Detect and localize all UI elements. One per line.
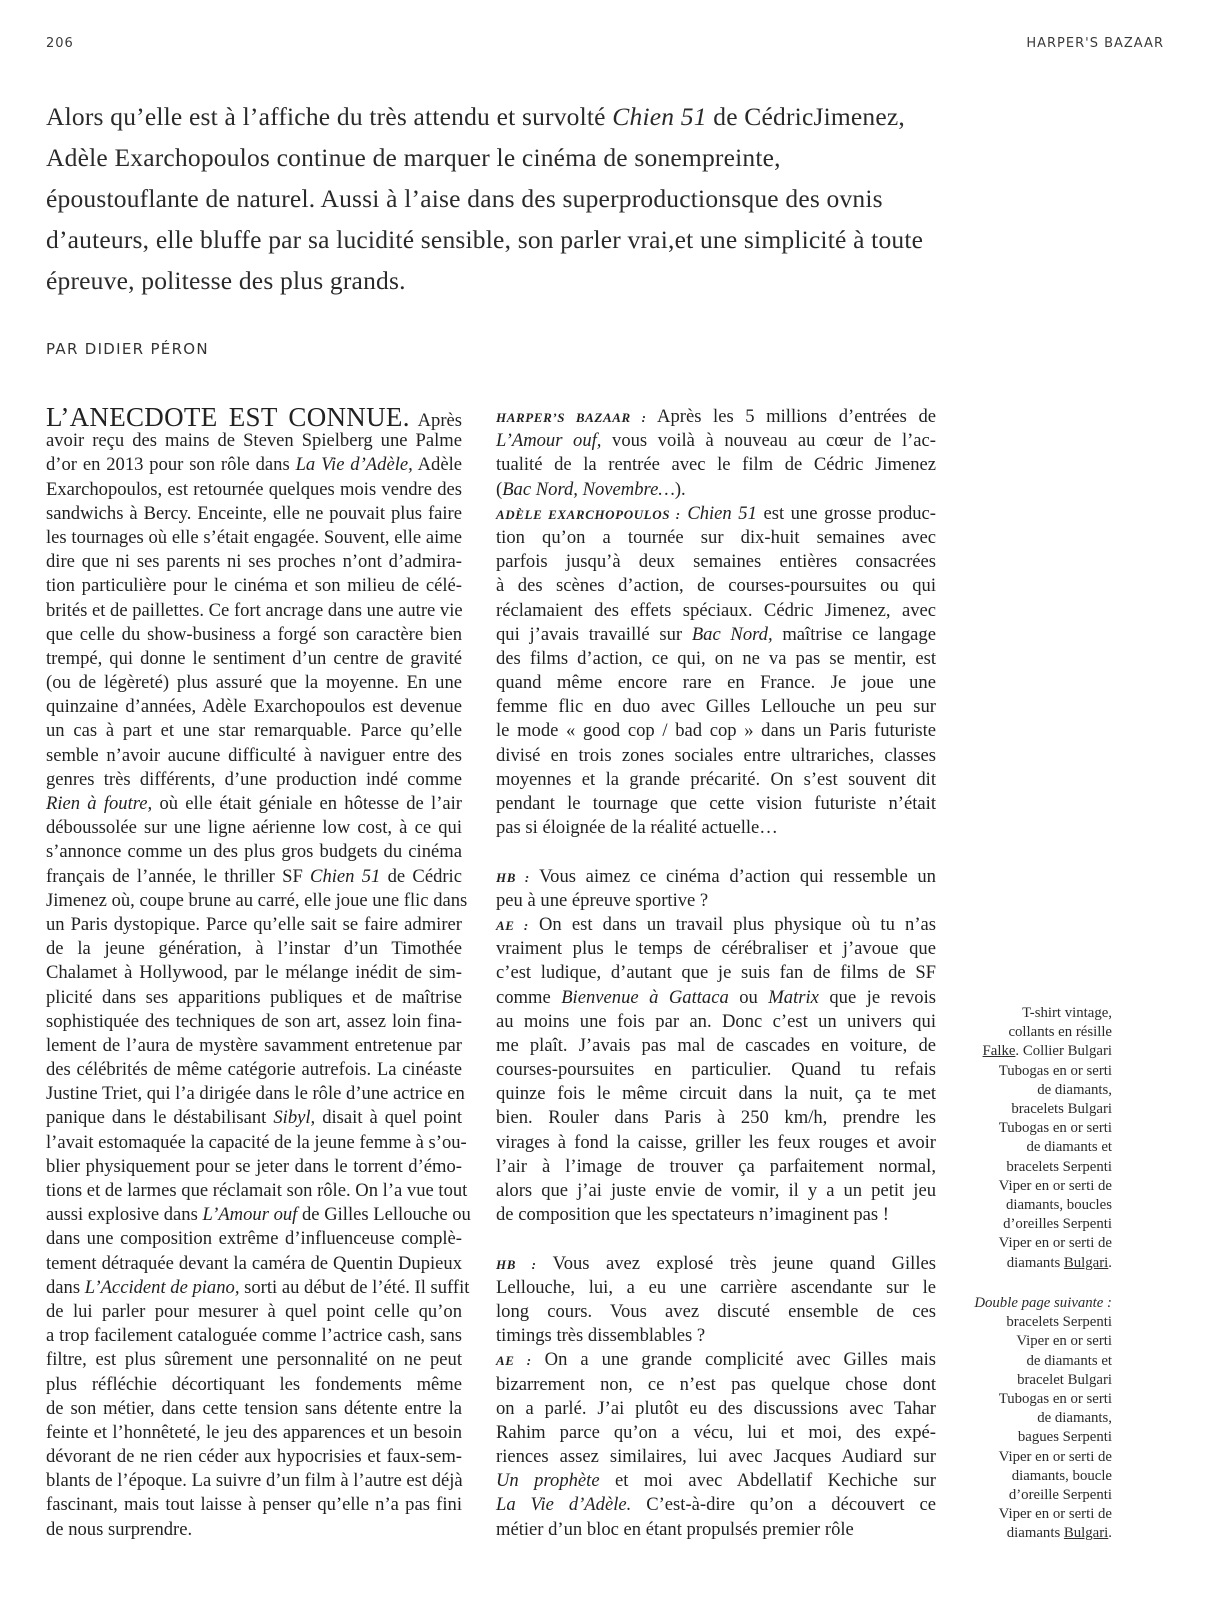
text-line: pendant le tournage que cette vision fut… (496, 792, 936, 816)
text-line: peu à une épreuve sportive ? (496, 889, 936, 913)
italic-title: L’Amour ouf (202, 1204, 297, 1225)
text-line: des célébrités de même catégorie autrefo… (46, 1058, 462, 1082)
text-line: Viper en or serti (960, 1332, 1112, 1351)
text-line: dire que ni ses parents ni ses proches n… (46, 550, 462, 574)
speaker-label: AE : (496, 1353, 532, 1368)
text-line: AE : On est dans un travail plus physiqu… (496, 913, 936, 937)
text-line: virages à fond la caisse, griller les fe… (496, 1131, 936, 1155)
text-line: plicité dans ses apparitions publiques e… (46, 986, 462, 1010)
text-line: Harper’s Bazaar : Après les 5 millions d… (496, 405, 936, 429)
text-line: de lui parler pour mesurer à quel point … (46, 1300, 462, 1324)
text-line: c’est ludique, d’autant que je suis fan … (496, 961, 936, 985)
text-line: dévorant de ne rien céder aux hypocrisie… (46, 1445, 462, 1469)
text-line: Viper en or serti de (960, 1448, 1112, 1467)
text-line: Un prophète et moi avec Abdellatif Kechi… (496, 1469, 936, 1493)
italic-title: Chien 51 (687, 503, 757, 524)
text-line: divisé en trois zones sociales entre ult… (496, 744, 936, 768)
italic-title: La Vie d’Adèle. (496, 1494, 631, 1515)
text-line: métier d’un bloc en étant propulsés prem… (496, 1518, 936, 1542)
text-line: de diamants, (960, 1081, 1112, 1100)
italic-title: Bac Nord, (692, 624, 773, 645)
text-line: Rien à foutre, où elle était géniale en … (46, 792, 462, 816)
italic-title: Chien 51 (310, 866, 380, 887)
text-line: Justine Triet, qui l’a dirigée dans le r… (46, 1082, 462, 1106)
speaker-label: Harper’s Bazaar : (496, 410, 647, 425)
text-line: diamants Bulgari. (960, 1254, 1112, 1273)
text-line: Tubogas en or serti (960, 1390, 1112, 1409)
text-line: diamants Bulgari. (960, 1524, 1112, 1543)
lead-in-caps: L’ANECDOTE EST CONNUE. (46, 402, 410, 432)
text-line: Lellouche, lui, a eu une carrière ascend… (496, 1276, 936, 1300)
text-line: de son métier, dans cette tension sans d… (46, 1397, 462, 1421)
speaker-label: Adèle Exarchopoulos : (496, 507, 681, 522)
text-line: HB : Vous aimez ce cinéma d’action qui r… (496, 865, 936, 889)
byline: PAR DIDIER PÉRON (46, 340, 209, 358)
text-line: courses-poursuites en particulier. Quand… (496, 1058, 936, 1082)
text-line: femme flic en duo avec Gilles Lellouche … (496, 695, 936, 719)
text-line: Jimenez où, coupe brune au carré, elle j… (46, 889, 462, 913)
text-line: L’Amour ouf, vous voilà à nouveau au cœu… (496, 429, 936, 453)
text-line: L’ANECDOTE EST CONNUE. Après (46, 405, 462, 429)
text-line: les tournages où elle s’était engagée. S… (46, 526, 462, 550)
text-line: fascinant, mais tout laisse à penser qu’… (46, 1493, 462, 1517)
text-line: HB : Vous avez explosé très jeune quand … (496, 1252, 936, 1276)
photo-caption-2: Double page suivante :bracelets Serpenti… (960, 1294, 1112, 1544)
text-line: aussi explosive dans L’Amour ouf de Gill… (46, 1203, 462, 1227)
speaker-label: AE : (496, 918, 529, 933)
text-line: tement détraquée devant la caméra de Que… (46, 1252, 462, 1276)
photo-caption-1: T-shirt vintage,collants en résilleFalke… (960, 1004, 1112, 1273)
text-line: feinte et l’honnêteté, le jeu des appare… (46, 1421, 462, 1445)
text-line: de composition que les spectateurs n’ima… (496, 1203, 936, 1227)
text-line: déboussolée sur une ligne aérienne low c… (46, 816, 462, 840)
text-line: d’oreilles Serpenti (960, 1215, 1112, 1234)
text-line: timings très dissemblables ? (496, 1324, 936, 1348)
text-line: bizarrement non, ce n’est pas quelque ch… (496, 1373, 936, 1397)
text-line: lement de l’aura de mystère savamment en… (46, 1034, 462, 1058)
text-line: comme Bienvenue à Gattaca ou Matrix que … (496, 986, 936, 1010)
brand-credit: Bulgari (1064, 1255, 1108, 1271)
text-line: bracelet Bulgari (960, 1371, 1112, 1390)
text-line: Tubogas en or serti (960, 1062, 1112, 1081)
text-line: tualité de la rentrée avec le film de Cé… (496, 453, 936, 477)
text-line: d’oreille Serpenti (960, 1486, 1112, 1505)
text-line: bracelets Bulgari (960, 1100, 1112, 1119)
text-line: Viper en or serti de (960, 1234, 1112, 1253)
text-line: bien. Rouler dans Paris à 250 km/h, pren… (496, 1106, 936, 1130)
italic-title: Sibyl, (273, 1107, 315, 1128)
text-line: au moins une fois par an. Donc c’est un … (496, 1010, 936, 1034)
text-line: (ou de légèreté) plus assuré que la moye… (46, 671, 462, 695)
paragraph-gap (496, 1227, 936, 1251)
text-line: riences assez similaires, lui avec Jacqu… (496, 1445, 936, 1469)
italic-title: L’Amour ouf, (496, 430, 601, 451)
text-line: La Vie d’Adèle. C’est-à-dire qu’on a déc… (496, 1493, 936, 1517)
text-line: l’avait estomaquée la capacité de la jeu… (46, 1131, 462, 1155)
paragraph-gap (496, 840, 936, 864)
interview-column-2: Harper’s Bazaar : Après les 5 millions d… (496, 405, 936, 1542)
text-line: tion qu’on a tournée sur dix-huit semain… (496, 526, 936, 550)
text-line: réclamaient des effets spéciaux. Cédric … (496, 599, 936, 623)
text-line: Alors qu’elle est à l’affiche du très at… (46, 102, 813, 131)
text-line: tions et de larmes que réclamait son rôl… (46, 1179, 462, 1203)
italic-title: Bac Nord, Novembre… (502, 479, 675, 500)
text-line: d’or en 2013 pour son rôle dans La Vie d… (46, 453, 462, 477)
text-line: Double page suivante : (960, 1294, 1112, 1313)
text-line: me plaît. J’avais pas mal de cascades en… (496, 1034, 936, 1058)
brand-credit: Bulgari (1064, 1525, 1108, 1541)
text-line: de nous surprendre. (46, 1518, 462, 1542)
italic-title: Matrix (768, 987, 819, 1008)
text-line: Tubogas en or serti (960, 1119, 1112, 1138)
text-line: des films d’action, ce qui, on ne va pas… (496, 647, 936, 671)
brand-credit: Falke (983, 1043, 1016, 1059)
text-line: parfois jusqu’à deux semaines entières c… (496, 550, 936, 574)
text-line: pas si éloignée de la réalité actuelle… (496, 816, 936, 840)
text-line: brités et de paillettes. Ce fort ancrage… (46, 599, 462, 623)
text-line: Falke. Collier Bulgari (960, 1042, 1112, 1061)
text-line: T-shirt vintage, (960, 1004, 1112, 1023)
text-line: semble n’avoir aucune difficulté à navig… (46, 744, 462, 768)
text-line: de la jeune génération, à l’instar d’un … (46, 937, 462, 961)
text-line: de diamants et (960, 1138, 1112, 1157)
standfirst: Alors qu’elle est à l’affiche du très at… (46, 96, 926, 301)
text-line: (Bac Nord, Novembre…). (496, 478, 936, 502)
text-line: vraiment plus le temps de cérébraliser e… (496, 937, 936, 961)
text-line: bracelets Serpenti (960, 1158, 1112, 1177)
text-line: blants de l’époque. La suivre d’un film … (46, 1469, 462, 1493)
text-line: de diamants et (960, 1352, 1112, 1371)
italic-title: Rien à foutre, (46, 793, 152, 814)
text-line: de diamants, (960, 1409, 1112, 1428)
text-line: quinze fois le même circuit dans la nuit… (496, 1082, 936, 1106)
text-line: l’air à l’image de trouver ça parfaiteme… (496, 1155, 936, 1179)
text-line: diamants, boucles (960, 1196, 1112, 1215)
text-line: s’annonce comme un des plus gros budgets… (46, 840, 462, 864)
text-line: bracelets Serpenti (960, 1313, 1112, 1332)
italic-title: Un prophète (496, 1470, 600, 1491)
speaker-label: HB : (496, 870, 530, 885)
text-line: à des scènes d’action, de courses-poursu… (496, 574, 936, 598)
text-line: filtre, est plus sûrement une personnali… (46, 1348, 462, 1372)
text-line: Rahim parce qu’on a vécu, lui et moi, de… (496, 1421, 936, 1445)
text-line: blier physiquement pour se jeter dans le… (46, 1155, 462, 1179)
text-line: dans L’Accident de piano, sorti au début… (46, 1276, 462, 1300)
text-line: le mode « good cop / bad cop » dans un P… (496, 719, 936, 743)
article-column-1: L’ANECDOTE EST CONNUE. Aprèsavoir reçu d… (46, 405, 462, 1542)
text-line: sandwichs à Bercy. Enceinte, elle ne pou… (46, 502, 462, 526)
text-line: un cas à part et une star remarquable. P… (46, 719, 462, 743)
text-line: quinzaine d’années, Adèle Exarchopoulos … (46, 695, 462, 719)
text-line: genres très différents, d’une production… (46, 768, 462, 792)
text-line: que celle du show-business a forgé son c… (46, 623, 462, 647)
text-line: collants en résille (960, 1023, 1112, 1042)
text-line: bagues Serpenti (960, 1428, 1112, 1447)
text-line: Exarchopoulos, est retournée quelques mo… (46, 478, 462, 502)
text-line: diamants, boucle (960, 1467, 1112, 1486)
text-line: dans une composition extrême d’influence… (46, 1227, 462, 1251)
speaker-label: HB : (496, 1257, 537, 1272)
text-line: AE : On a une grande complicité avec Gil… (496, 1348, 936, 1372)
italic-title: Chien 51 (612, 102, 706, 131)
text-line: alors que j’ai juste envie de vomir, il … (496, 1179, 936, 1203)
text-line: français de l’année, le thriller SF Chie… (46, 865, 462, 889)
text-line: qui j’avais travaillé sur Bac Nord, maît… (496, 623, 936, 647)
text-line: moyennes et la grande précarité. On s’es… (496, 768, 936, 792)
text-line: Chalamet à Hollywood, par le mélange iné… (46, 961, 462, 985)
text-line: Viper en or serti de (960, 1177, 1112, 1196)
text-line: plus réfléchie décortiquant les fondemen… (46, 1373, 462, 1397)
italic-title: L’Accident de piano, (85, 1277, 240, 1298)
text-line: quand même encore rare en France. Je jou… (496, 671, 936, 695)
text-line: panique dans le déstabilisant Sibyl, dis… (46, 1106, 462, 1130)
page-number: 206 (46, 36, 74, 51)
text-line: on a parlé. J’ai plutôt eu des discussio… (496, 1397, 936, 1421)
italic-title: Double page suivante : (974, 1295, 1112, 1311)
italic-title: Bienvenue à Gattaca (561, 987, 729, 1008)
text-line: avoir reçu des mains de Steven Spielberg… (46, 429, 462, 453)
text-line: tion particulière pour le cinéma et son … (46, 574, 462, 598)
text-line: Viper en or serti de (960, 1505, 1112, 1524)
italic-title: La Vie d’Adèle, (296, 454, 413, 475)
text-line: a trop facilement cataloguée comme l’act… (46, 1324, 462, 1348)
magazine-name: HARPER'S BAZAAR (1026, 36, 1164, 51)
text-line: sophistiquée des techniques de son art, … (46, 1010, 462, 1034)
text-line: long cours. Vous avez discuté ensemble d… (496, 1300, 936, 1324)
text-line: trempé, qui donne le sentiment d’un cent… (46, 647, 462, 671)
text-line: un Paris dystopique. Parce qu’elle sait … (46, 913, 462, 937)
text-line: Adèle Exarchopoulos : Chien 51 est une g… (496, 502, 936, 526)
